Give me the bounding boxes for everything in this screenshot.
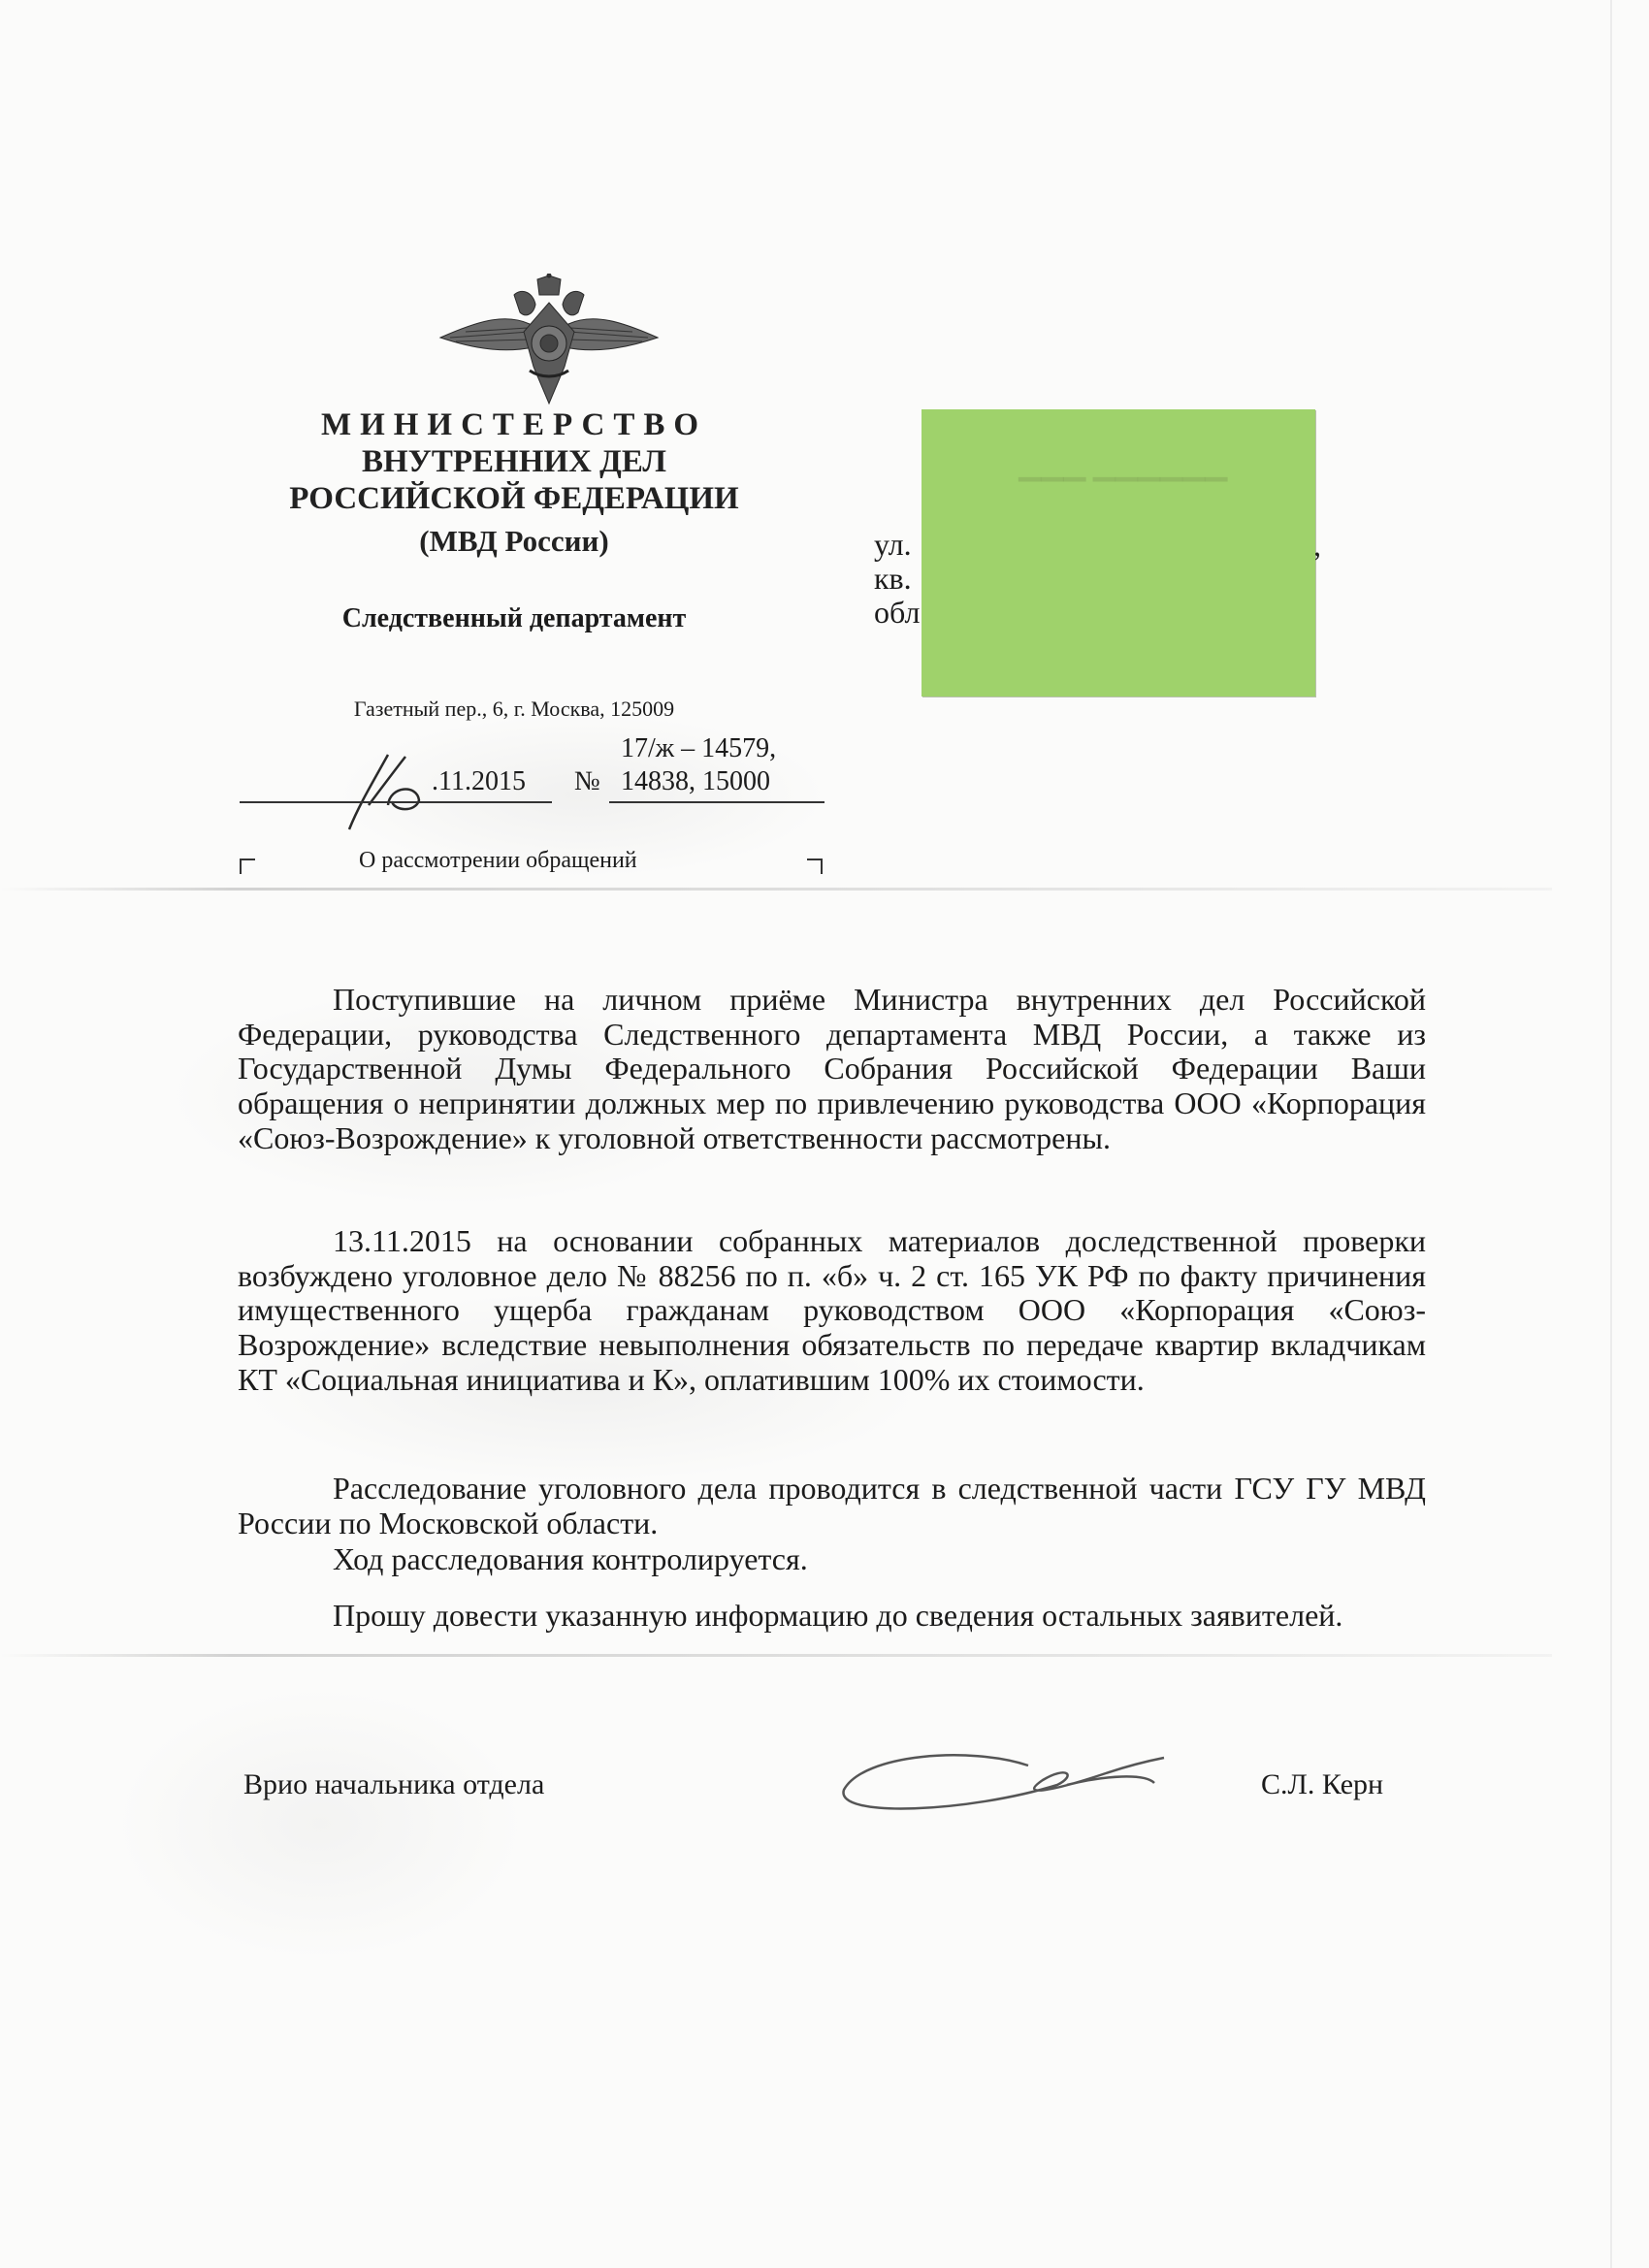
recipient-street: ул. xyxy=(874,528,920,562)
department-name: Следственный департамент xyxy=(242,603,786,634)
signatory-position: Врио начальника отдела xyxy=(243,1768,544,1801)
paragraph-text: Ход расследования контролируется. xyxy=(238,1542,1426,1577)
registration-number-line1: 17/ж – 14579, xyxy=(621,733,776,764)
page-edge xyxy=(1610,0,1612,2268)
recipient-address: ул. кв. обл xyxy=(874,528,920,630)
recipient-region: обл xyxy=(874,596,920,630)
ministry-abbrev: (МВД России) xyxy=(242,524,786,559)
paragraph-text: Поступившие на личном приёме Министра вн… xyxy=(238,983,1426,1156)
document-page: МИНИСТЕРСТВО ВНУТРЕННИХ ДЕЛ РОССИЙСКОЙ Ф… xyxy=(0,0,1649,2268)
body-paragraph: Прошу довести указанную информацию до св… xyxy=(238,1599,1426,1634)
ministry-title-line3: РОССИЙСКОЙ ФЕДЕРАЦИИ xyxy=(242,481,786,517)
paragraph-text: 13.11.2015 на основании собранных матери… xyxy=(238,1224,1426,1398)
handwritten-date-icon xyxy=(330,747,436,834)
subject-corner-right xyxy=(807,859,823,874)
fold-line xyxy=(0,1654,1552,1657)
paragraph-text: Расследование уголовного дела проводится… xyxy=(238,1472,1426,1540)
recipient-apartment: кв. xyxy=(874,562,920,596)
registration-date: .11.2015 xyxy=(432,766,526,797)
signatory-name: С.Л. Керн xyxy=(1261,1768,1383,1801)
ministry-title-line2: ВНУТРЕННИХ ДЕЛ xyxy=(242,444,786,480)
handwritten-signature-icon xyxy=(824,1736,1193,1824)
ministry-address: Газетный пер., 6, г. Москва, 125009 xyxy=(242,697,786,722)
body-paragraph: 13.11.2015 на основании собранных матери… xyxy=(238,1224,1426,1398)
double-headed-eagle-emblem-icon xyxy=(436,274,662,405)
number-sign: № xyxy=(574,766,600,797)
body-paragraph: Ход расследования контролируется. xyxy=(238,1542,1426,1577)
redacted-text: ▁▁▁ ▁▁▁▁▁▁ xyxy=(1018,448,1227,482)
registration-number-line2: 14838, 15000 xyxy=(621,766,770,797)
body-paragraph: Расследование уголовного дела проводится… xyxy=(238,1472,1426,1540)
letter-subject: О рассмотрении обращений xyxy=(359,848,637,874)
redaction-sticker: ▁▁▁ ▁▁▁▁▁▁ xyxy=(921,409,1315,697)
paragraph-text: Прошу довести указанную информацию до св… xyxy=(238,1599,1426,1634)
number-underline xyxy=(609,801,824,803)
fold-line xyxy=(0,888,1552,891)
body-paragraph: Поступившие на личном приёме Министра вн… xyxy=(238,983,1426,1156)
subject-corner-left xyxy=(240,859,255,874)
date-underline xyxy=(240,801,552,803)
ministry-title-line1: МИНИСТЕРСТВО xyxy=(242,407,786,443)
